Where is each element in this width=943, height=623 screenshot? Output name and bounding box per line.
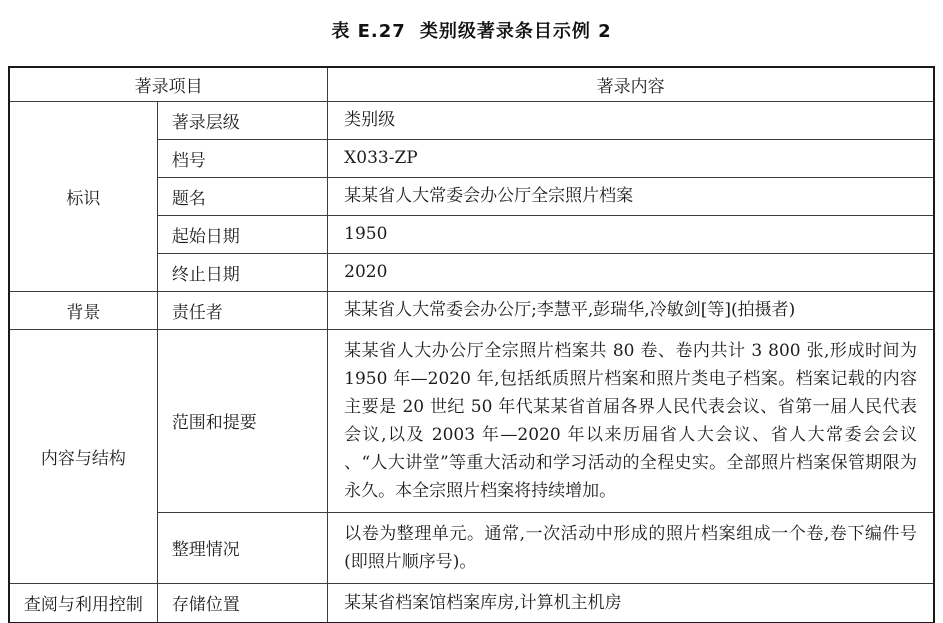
description-entry-table: 著录项目 著录内容 标识 著录层级 类别级 档号 X033-ZP 题名 某某省人… <box>8 66 935 623</box>
content-cell-title: 某某省人大常委会办公厅全宗照片档案 <box>328 177 934 215</box>
item-cell-scope-summary: 范围和提要 <box>157 329 327 512</box>
header-cell-item: 著录项目 <box>9 67 328 101</box>
content-cell-start-date: 1950 <box>328 215 934 253</box>
content-cell-description-level: 类别级 <box>328 101 934 139</box>
content-cell-arrangement: 以卷为整理单元。通常,一次活动中形成的照片档案组成一个卷,卷下编件号(即照片顺序… <box>328 512 934 583</box>
content-cell-archive-number: X033-ZP <box>328 139 934 177</box>
item-cell-description-level: 著录层级 <box>157 101 327 139</box>
header-cell-content: 著录内容 <box>328 67 934 101</box>
table-title-label: 表 E.27 <box>331 21 405 42</box>
item-cell-end-date: 终止日期 <box>157 253 327 291</box>
table-title-text: 类别级著录条目示例 2 <box>420 21 612 42</box>
item-cell-storage-location: 存储位置 <box>157 583 327 623</box>
document-page: 表 E.27类别级著录条目示例 2 著录项目 著录内容 标识 著录层级 类别级 … <box>0 0 943 623</box>
table-row: 标识 著录层级 类别级 <box>9 101 934 139</box>
group-cell-access-control: 查阅与利用控制 <box>9 583 157 623</box>
group-cell-content-structure: 内容与结构 <box>9 329 157 583</box>
item-cell-responsible-party: 责任者 <box>157 291 327 329</box>
table-row: 内容与结构 范围和提要 某某省人大办公厅全宗照片档案共 80 卷、卷内共计 3 … <box>9 329 934 512</box>
table-row: 背景 责任者 某某省人大常委会办公厅;李慧平,彭瑞华,冷敏剑[等](拍摄者) <box>9 291 934 329</box>
group-cell-background: 背景 <box>9 291 157 329</box>
item-cell-archive-number: 档号 <box>157 139 327 177</box>
item-cell-arrangement: 整理情况 <box>157 512 327 583</box>
item-cell-start-date: 起始日期 <box>157 215 327 253</box>
content-cell-end-date: 2020 <box>328 253 934 291</box>
item-cell-title: 题名 <box>157 177 327 215</box>
table-header-row: 著录项目 著录内容 <box>9 67 934 101</box>
group-cell-identification: 标识 <box>9 101 157 291</box>
table-title: 表 E.27类别级著录条目示例 2 <box>0 0 943 44</box>
content-cell-scope-summary: 某某省人大办公厅全宗照片档案共 80 卷、卷内共计 3 800 张,形成时间为 … <box>328 329 934 512</box>
content-cell-responsible-party: 某某省人大常委会办公厅;李慧平,彭瑞华,冷敏剑[等](拍摄者) <box>328 291 934 329</box>
content-cell-storage-location: 某某省档案馆档案库房,计算机主机房 <box>328 583 934 623</box>
table-row: 查阅与利用控制 存储位置 某某省档案馆档案库房,计算机主机房 <box>9 583 934 623</box>
